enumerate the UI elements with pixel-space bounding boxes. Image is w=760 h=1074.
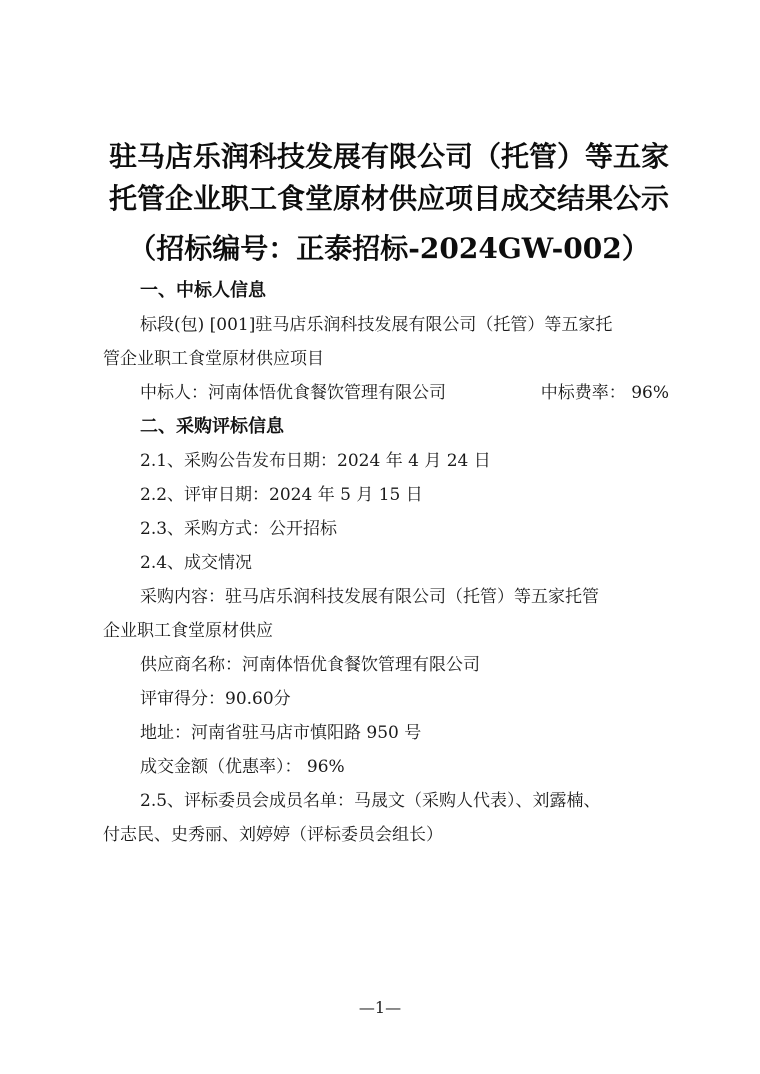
document-page: 驻马店乐润科技发展有限公司（托管）等五家 托管企业职工食堂原材供应项目成交结果公… (0, 0, 760, 1074)
page-number: —1— (0, 998, 760, 1017)
committee-members-line-2: 付志民、史秀丽、刘婷婷（评标委员会组长） (103, 818, 673, 852)
procurement-content-line-2: 企业职工食堂原材供应 (103, 614, 673, 648)
document-body: 一、中标人信息 标段(包) [001]驻马店乐润科技发展有限公司（托管）等五家托… (103, 274, 673, 852)
lot-description-line-2: 管企业职工食堂原材供应项目 (103, 342, 673, 376)
section-heading-evaluation-info: 二、采购评标信息 (103, 410, 673, 444)
winner-row: 中标人：河南体悟优食餐饮管理有限公司 中标费率： 96% (103, 376, 673, 410)
review-score: 评审得分：90.60分 (103, 682, 673, 716)
supplier-address: 地址：河南省驻马店市慎阳路 950 号 (103, 716, 673, 750)
transaction-amount: 成交金额（优惠率）： 96% (103, 750, 673, 784)
document-title: 驻马店乐润科技发展有限公司（托管）等五家 托管企业职工食堂原材供应项目成交结果公… (96, 136, 682, 270)
winner-name: 中标人：河南体悟优食餐饮管理有限公司 (140, 376, 446, 410)
announcement-date: 2.1、采购公告发布日期：2024 年 4 月 24 日 (103, 444, 673, 478)
winning-rate: 中标费率： 96% (541, 376, 669, 410)
section-heading-winner-info: 一、中标人信息 (103, 274, 673, 308)
committee-members-line-1: 2.5、评标委员会成员名单：马晟文（采购人代表）、刘露楠、 (103, 784, 673, 818)
title-line-2: 托管企业职工食堂原材供应项目成交结果公示 (96, 178, 682, 220)
procurement-method: 2.3、采购方式：公开招标 (103, 512, 673, 546)
transaction-status: 2.4、成交情况 (103, 546, 673, 580)
procurement-content-line-1: 采购内容：驻马店乐润科技发展有限公司（托管）等五家托管 (103, 580, 673, 614)
lot-description-line-1: 标段(包) [001]驻马店乐润科技发展有限公司（托管）等五家托 (103, 308, 673, 342)
title-line-1: 驻马店乐润科技发展有限公司（托管）等五家 (96, 136, 682, 178)
tender-number: （招标编号：正泰招标-2024GW-002） (96, 228, 682, 270)
review-date: 2.2、评审日期：2024 年 5 月 15 日 (103, 478, 673, 512)
supplier-name: 供应商名称：河南体悟优食餐饮管理有限公司 (103, 648, 673, 682)
